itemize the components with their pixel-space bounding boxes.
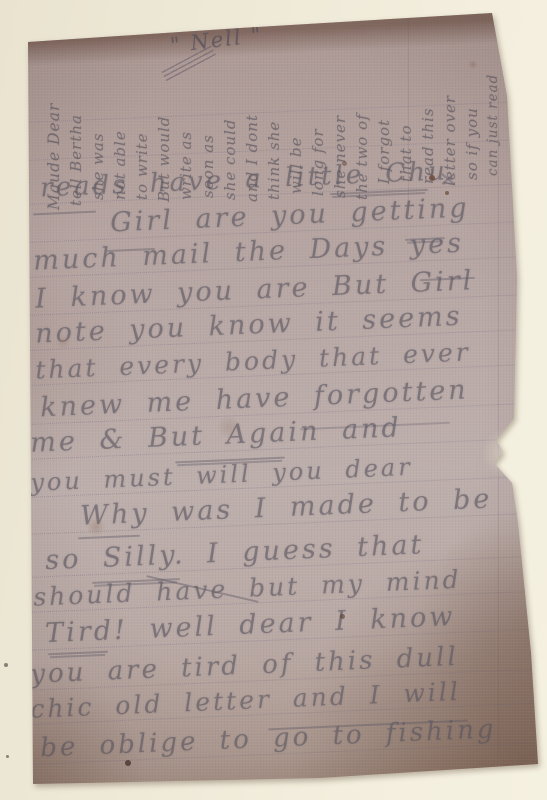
- stain: [86, 518, 106, 536]
- underline-stroke: [405, 237, 445, 241]
- stain: [216, 416, 242, 438]
- background-speck: [6, 755, 9, 758]
- stain: [468, 60, 478, 69]
- stain: [429, 175, 435, 181]
- stain: [342, 161, 347, 166]
- stain: [125, 760, 131, 766]
- stain: [340, 614, 345, 619]
- torn-edge-notch: [482, 428, 520, 478]
- stain: [55, 335, 71, 349]
- background-speck: [4, 663, 8, 667]
- stain: [445, 191, 449, 195]
- letter-paper: Maude Dear tell Bertha she was not able …: [20, 8, 542, 790]
- photo-of-letter: Maude Dear tell Bertha she was not able …: [0, 0, 547, 800]
